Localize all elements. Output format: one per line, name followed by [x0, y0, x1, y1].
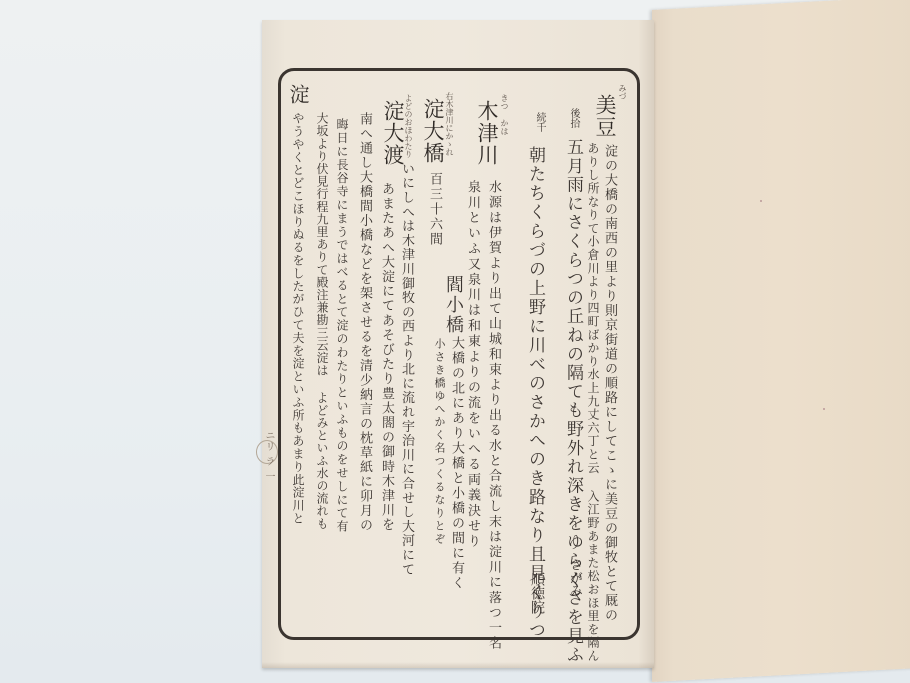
heading-yodo-owatari: 淀大渡: [382, 100, 403, 166]
text-owatari-line1: いにしへは木津川御牧の西より北に流れ宇治川に合せし大河にて: [400, 162, 413, 577]
ruby-mizu: みづ: [618, 84, 626, 100]
text-mizu-line1: 淀の大橋の南西の里より則京街道の順路にしてこゝに美豆の御牧とて厩の: [603, 144, 616, 623]
paper-speck: [760, 200, 762, 202]
text-owatari-line3: 南へ通し大橋間小橋などを架させるを清少納言の枕草紙に卯月の: [358, 112, 371, 533]
text-mizu-line2: ありし所なりて小倉川より四町ばかり水上九丈六丁と云 入江野あまた松おほ里を隔ん: [587, 142, 599, 663]
heading-ken-kobashi: 閻小橋: [444, 275, 462, 335]
margin-page-label: ニリ ラ 一: [264, 430, 276, 482]
text-kizugawa-line2: 泉川といふ又泉川は和東よりの流をいへる両義決せり: [466, 180, 479, 550]
heading-mizu: 美豆: [594, 94, 615, 138]
heading-yodo: 淀: [288, 84, 308, 105]
text-continuation-line2: 大坂より伏見行程九里ありて殿注兼勘三云淀は よどみといふ水の流れも: [316, 112, 328, 530]
poem-zokusen: 朝たちくらづの上野に川べのさかへのき路なり且見くりつ: [526, 146, 543, 640]
heading-kizugawa: 木津川: [476, 100, 497, 166]
text-kizugawa-line1: 水源は伊賀より出て山城和束より出る水と合流し末は淀川に落つ一名: [487, 180, 500, 651]
anthology-zokusen: 続千: [534, 112, 544, 132]
ruby-kizugawa: きつ かは: [500, 94, 508, 135]
poet-sagami: さがみ: [568, 558, 581, 597]
text-kobashi-line1: 大橋の北にあり大橋と小橋の間に有く: [450, 336, 463, 591]
heading-yodo-ohashi: 淀大橋: [422, 98, 443, 164]
book-page: ニリ ラ 一 みづ 美豆 淀の大橋の南西の里より則京街道の順路にしてこゝに美豆の…: [262, 20, 654, 668]
paper-speck: [823, 408, 825, 410]
poet-juntoku-in: 順徳院: [530, 572, 544, 614]
bridge-length: 百三十六間: [428, 172, 441, 247]
anthology-goshui: 後拾: [568, 108, 578, 128]
note-yodo-ohashi: 右木津川にかゝれ: [445, 92, 453, 156]
facing-page-blank: [652, 0, 910, 682]
text-continuation-line1: 晦日に長谷寺にまうではべるとて淀のわたりといふものをせしにて有: [336, 118, 348, 533]
text-yodo: やうやくとどこほりぬるをしたがひて夫を淀といふ所もあまり此淀川と: [292, 112, 304, 525]
text-kobashi-line2: 小さき橋ゆへかく名つくるなりとぞ: [434, 338, 445, 546]
text-owatari-line2: あまたあへ大淀にてあそびたり豊太閤の御時木津川を: [380, 182, 393, 532]
ruby-yodo-owatari: よどのおほわたり: [404, 94, 412, 158]
